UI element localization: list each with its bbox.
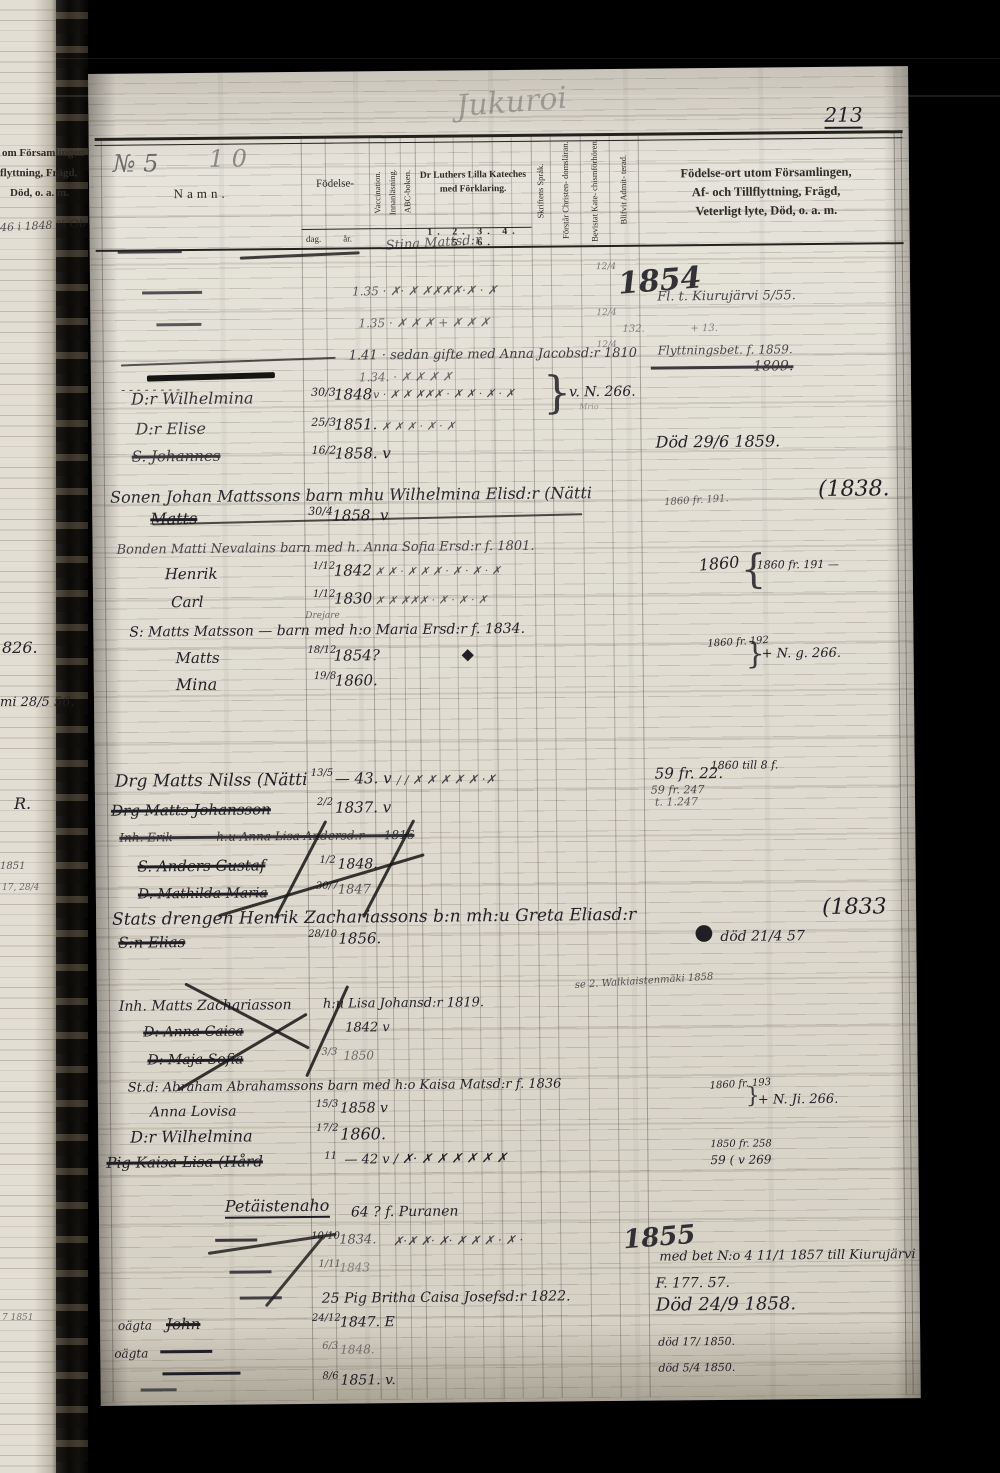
handwritten-entry: — 42 v / ✗· ✗ ✗ ✗ ✗ ✗ ✗ [344,1152,507,1167]
column-rule [894,132,907,1394]
handwritten-entry: 1860 fr. 193 [709,1078,771,1092]
column-rule [550,136,563,1398]
handwritten-entry: ✗ ✗ ✗✗✗ · ✗ · ✗ · ✗ [375,594,487,606]
handwritten-entry: 1847. E [340,1315,395,1330]
handwritten-entry: 12/4 [596,263,616,272]
handwritten-entry: mi 28/5 56. [0,696,75,709]
handwritten-entry: 1837. v [335,800,391,816]
handwritten-entry: —————— [162,1367,240,1381]
handwritten-entry: 1.35 · ✗· ✗ ✗✗✗✗·✗ · ✗ [352,284,497,297]
page-number: 213 [824,105,862,129]
handwritten-entry: 28/10 [308,930,337,940]
handwritten-entry: ● [694,922,713,944]
handwritten-entry: 1860. [340,1126,386,1142]
column-header-innanlasning: Innanläsning. [385,139,401,245]
column-header-fodelse: Födelse- [301,145,370,222]
handwritten-entry: 3/3 [321,1048,337,1058]
column-header-fodelseort: Födelse-ort utom Församlingen, Af- och T… [638,152,895,230]
handwritten-entry: Petäistenaho [225,1198,330,1219]
handwritten-entry: + 13. [690,324,718,334]
scanned-church-record-photo: om Församlingenflyttning, Frägd,Död, o. … [0,0,1000,1473]
handwritten-entry: död 5/4 1850. [658,1362,735,1374]
handwritten-entry: Stats drengen Henrik Zachariassons b:n m… [112,907,636,929]
column-header-dag: dag. [302,230,326,248]
handwritten-entry: Bonden Matti Nevalains barn med h. Anna … [117,540,535,557]
handwritten-entry: 1847 [338,883,371,896]
handwritten-entry: ◆ [462,646,474,662]
handwritten-entry: h:u Lisa Johansd:r 1819. [323,996,484,1011]
handwritten-entry: 15/3 [316,1100,339,1110]
handwritten-entry: S. Johannes [132,449,221,465]
handwritten-entry: Fl. t. Kiurujärvi 5/55. [657,289,796,303]
handwritten-entry: Inh. Matts Zachariasson [119,998,292,1014]
handwritten-entry: 1851. [334,417,377,432]
handwritten-entry: 25 Pig Britha Caisa Josefsd:r 1822. [322,1289,571,1305]
handwritten-entry: 19/8 [314,672,337,682]
handwritten-entry: 17, 28/4 [2,884,39,893]
handwritten-entry: (1838. [818,478,890,501]
handwritten-entry: — 43. v [335,771,392,787]
column-header-vaccination: Vaccination. [369,139,386,245]
handwritten-entry: 1858 v [340,1101,388,1115]
handwritten-entry: 30/4 [308,506,333,517]
column-header-forstar-christendomslaran: Förstår Christen- domsläran. [550,137,581,243]
scan-streak [0,58,1000,59]
handwritten-entry: 6/3 [322,1342,338,1352]
fodelseort-line3: Veterligt lyte, Död, o. a. m. [695,202,837,218]
handwritten-entry: 1858. v [332,508,388,524]
handwritten-entry: 1860 fr. 191. [664,494,729,508]
column-header-abc-boken: ABC-boken. [400,139,416,245]
handwritten-entry: D:r Wilhelmina [131,390,254,407]
column-rule [511,136,524,1398]
handwritten-entry: 826. [2,640,38,656]
handwritten-entry: (1833 [822,896,887,919]
handwritten-entry: oägta [118,1319,152,1331]
handwritten-entry: 1/12 [313,562,336,572]
handwritten-entry: } [543,371,571,415]
handwritten-entry: död 21/4 57 [720,929,805,944]
handwritten-entry: 8/6 [322,1372,338,1382]
handwritten-entry: 1/12 [313,590,336,600]
printed-fragment: om Församlingen [2,148,84,159]
handwritten-entry: 1834. [339,1233,376,1246]
column-rule [901,132,914,1394]
handwritten-entry: 59 fr. 247 [651,784,705,796]
handwritten-entry: ———— [142,285,202,301]
handwritten-entry: 1856. [338,931,381,946]
column-rule [609,135,622,1397]
handwritten-entry: 1860 [698,554,740,573]
handwritten-entry: v. N. 266. [569,385,636,400]
handwritten-entry: D:r Wilhelmina [130,1128,253,1145]
handwritten-entry: F. 177. 57. [656,1276,730,1291]
handwritten-entry: R. [14,796,31,812]
fodelseort-line1: Födelse-ort utom Församlingen, [680,164,851,181]
handwritten-entry: Inh. Erik ——— h:u Anna Lisa Andersd:r — … [119,829,414,844]
handwritten-entry: 1.41 · sedan gifte med Anna Jacobsd:r 18… [349,347,637,363]
handwritten-entry: Pig Kaisa Lisa (Hård [106,1154,263,1171]
handwritten-entry: 1.35 · ✗ ✗ ✗ + ✗ ✗ ✗ [358,316,490,329]
column-rule [101,140,114,1402]
handwritten-entry: № 5 [113,151,159,175]
handwritten-entry: Sonen Johan Mattssons barn mhu Wilhelmin… [110,485,592,506]
handwritten-entry: 2/2 [317,798,333,808]
handwritten-entry: D. Mathilda Maria [138,886,268,901]
handwritten-entry: 16/2 [312,445,337,456]
handwritten-entry: St.d: Abraham Abrahamssons barn med h:o … [128,1078,562,1095]
handwritten-entry: 7 1851 [2,1314,34,1323]
handwritten-entry: 12/4 [596,309,616,318]
handwritten-entry: Drejare [305,612,340,621]
handwritten-entry: ——— [229,1264,271,1278]
handwritten-entry: 30/3 [311,387,336,398]
handwritten-entry: 17/2 [316,1124,339,1134]
column-rule [580,135,593,1397]
handwritten-entry: 12/4 [597,341,617,350]
handwritten-entry: ———— [160,1345,212,1358]
printed-fragment: flyttning, Frägd, [0,168,77,179]
handwritten-entry: 1854? [334,648,380,663]
handwritten-entry: 1848 [334,387,372,402]
handwritten-entry: 1 0 [209,146,247,170]
column-header-ar: år. [326,229,370,247]
column-header-bevistat-katechismforhoren: Bevistat Kate- chismförhören. [580,137,610,243]
printed-fragment: Död, o. a. m. [10,188,69,199]
handwritten-entry: ——— [240,1290,282,1304]
handwritten-entry: S. Anders Gustaf [138,858,266,874]
handwritten-entry: oägta [114,1347,148,1359]
handwritten-entry: Matts [176,651,220,666]
handwritten-entry: 59 ( v 269 [710,1153,771,1166]
column-header-blifvit-admitterad: Blifvit Admit- terad. [609,137,639,243]
handwritten-entry: 1/2 [320,856,336,866]
handwritten-entry: + N. g. 266. [762,647,841,661]
handwritten-entry: 24/12 [312,1314,341,1324]
handwritten-entry: ✗ ✗ · ✗ ✗ ✗ · ✗ · ✗ · ✗ [375,565,501,577]
handwritten-entry: 132. [622,325,644,335]
handwritten-entry: Flyttningsbet. f. 1859. [658,343,793,356]
handwritten-entry: 25/3 [311,417,336,428]
handwritten-entry: S: Matts Matsson — barn med h:o Maria Er… [129,622,525,640]
handwritten-entry: ——— [156,317,201,332]
handwritten-entry: v · ✗ ✗ ✗✗✗ · ✗ ✗ · ✗ · ✗ [373,388,515,400]
handwritten-entry: 1851. v. [340,1373,395,1388]
record-page: Namn. Födelse- dag. år. Vaccination. Inn… [88,66,921,1406]
handwritten-entry: Mrio [579,403,598,411]
handwritten-entry: 11 [324,1152,337,1162]
facing-page-edge: om Församlingenflyttning, Frägd,Död, o. … [0,0,88,1473]
handwritten-entry: 1858. v [335,446,391,462]
handwritten-entry: 1851 [0,862,25,872]
handwritten-entry: 1860 till 8 f. [711,759,779,771]
handwritten-entry: Mina [176,677,217,693]
handwritten-entry: ✗ ✗ ✗ · ✗ · ✗ [381,420,455,432]
handwritten-entry: t. 1.247 [655,796,698,807]
handwritten-entry: 1860. [335,673,378,688]
handwritten-entry: ——————— 1809. [651,359,794,374]
handwritten-entry: ✗·✗ ✗· ✗· ✗ ✗ ✗ · ✗ · [393,1234,523,1247]
handwritten-entry: 1848. [340,1343,374,1355]
handwritten-entry: 13/5 [311,769,334,779]
column-rule [531,136,544,1398]
handwritten-entry: ———— [118,243,182,260]
handwritten-entry: Drg Matts Nilss (Nätti [115,772,308,791]
handwritten-entry: D: Anna Caisa [143,1025,244,1040]
handwritten-entry: 1842 v [345,1021,390,1034]
handwritten-entry: 64 ? f. Puranen [351,1204,459,1219]
column-rule [492,136,505,1398]
handwritten-entry: S:n Elias [118,935,185,951]
handwritten-entry: Jukuroi [455,84,568,123]
handwritten-entry: 1860 fr. 191 — [757,559,839,571]
handwritten-entry: död 17/ 1850. [658,1336,735,1348]
handwritten-entry: ——— [141,1383,177,1395]
handwritten-entry: 1.34. · ✗ ✗ ✗ ✗ [359,371,453,384]
handwritten-entry: se 2. Walkiaistenmäki 1858 [575,972,714,991]
handwritten-entry: 1830 [334,591,372,606]
handwritten-entry: 1850 fr. 258 [710,1139,772,1150]
handwritten-entry: D:r Elise [135,421,206,438]
handwritten-entry: 1/11 [318,1260,341,1270]
column-header-skriftens-sprak: Skriftens Språk. [531,138,551,244]
handwritten-entry: 10/10 [311,1232,340,1242]
handwritten-entry: / / ✗ ✗ ✗ ✗ ✗ ·✗ [397,773,496,786]
handwritten-entry: 1850 [343,1049,374,1061]
handwritten-entry: John [166,1317,201,1332]
handwritten-entry: Död 24/9 1858. [656,1295,796,1314]
handwritten-entry: 1842 [334,563,372,578]
scan-streak [0,95,1000,97]
handwritten-entry: Carl [171,595,204,610]
handwritten-entry: med bet N:o 4 11/1 1857 till Kiurujärvi [659,1248,915,1263]
handwritten-entry: 1843 [339,1261,370,1273]
handwritten-entry: Anna Lovisa [150,1105,237,1120]
handwritten-entry: Död 29/6 1859. [655,433,780,450]
fodelseort-line2: Af- och Tillflyttning, Frägd, [692,183,841,199]
handwritten-entry: Henrik [165,567,218,583]
handwritten-entry: Drg Matts Johansson [111,802,271,819]
ink-stroke [147,372,275,381]
ink-stroke [240,251,360,259]
handwritten-entry: 18/12 [308,646,337,656]
handwritten-entry: + N. Ji. 266. [758,1093,839,1107]
